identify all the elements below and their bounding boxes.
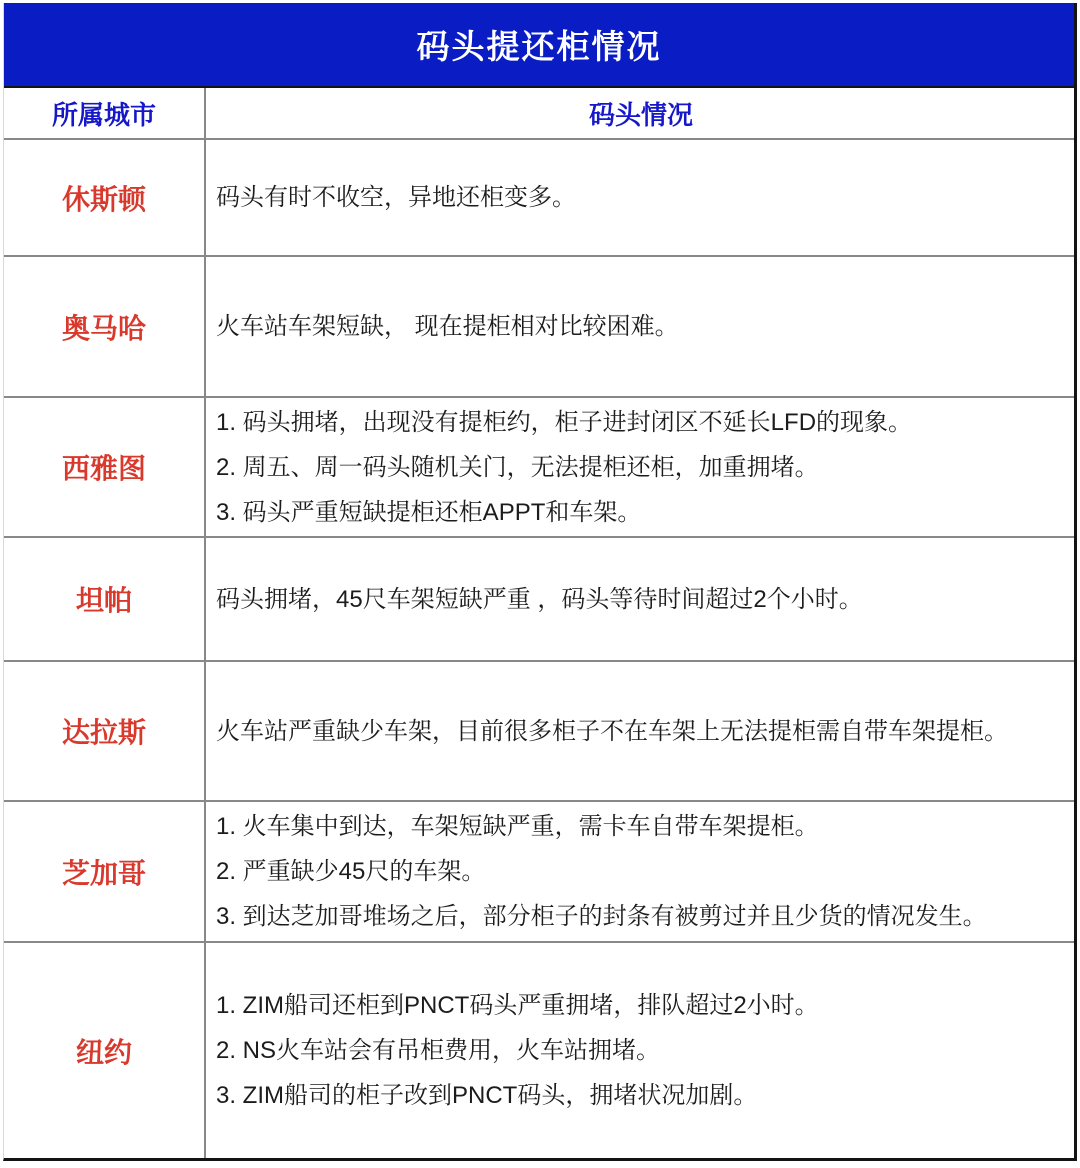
info-cell: 码头有时不收空，异地还柜变多。 (206, 140, 1074, 255)
city-cell: 达拉斯 (4, 662, 206, 800)
terminal-status-table: 码头提还柜情况 所属城市 码头情况 休斯顿 码头有时不收空，异地还柜变多。 奥马… (3, 3, 1077, 1161)
header-label-info: 码头情况 (589, 95, 693, 132)
info-line: 3. ZIM船司的柜子改到PNCT码头，拥堵状况加剧。 (216, 1073, 757, 1118)
city-name: 芝加哥 (62, 852, 146, 892)
info-cell: 1. 火车集中到达，车架短缺严重，需卡车自带车架提柜。2. 严重缺少45尺的车架… (206, 802, 1074, 941)
header-label-city: 所属城市 (52, 95, 156, 132)
info-line: 3. 码头严重短缺提柜还柜APPT和车架。 (216, 490, 641, 535)
info-line: 码头有时不收空，异地还柜变多。 (216, 175, 576, 220)
city-name: 纽约 (76, 1031, 132, 1071)
table-title-banner: 码头提还柜情况 (4, 3, 1074, 88)
city-cell: 西雅图 (4, 398, 206, 536)
info-line: 1. 码头拥堵，出现没有提柜约，柜子进封闭区不延长LFD的现象。 (216, 400, 912, 445)
table-row: 西雅图 1. 码头拥堵，出现没有提柜约，柜子进封闭区不延长LFD的现象。2. 周… (4, 398, 1074, 538)
city-cell: 纽约 (4, 943, 206, 1158)
city-cell: 坦帕 (4, 538, 206, 660)
info-cell: 火车站车架短缺， 现在提柜相对比较困难。 (206, 257, 1074, 396)
table-body: 休斯顿 码头有时不收空，异地还柜变多。 奥马哈 火车站车架短缺， 现在提柜相对比… (4, 140, 1074, 1158)
table-row: 奥马哈 火车站车架短缺， 现在提柜相对比较困难。 (4, 257, 1074, 398)
info-cell: 火车站严重缺少车架，目前很多柜子不在车架上无法提柜需自带车架提柜。 (206, 662, 1074, 800)
city-cell: 休斯顿 (4, 140, 206, 255)
info-line: 2. 周五、周一码头随机关门，无法提柜还柜，加重拥堵。 (216, 445, 819, 490)
info-line: 1. ZIM船司还柜到PNCT码头严重拥堵，排队超过2小时。 (216, 983, 819, 1028)
table-row: 休斯顿 码头有时不收空，异地还柜变多。 (4, 140, 1074, 257)
city-name: 达拉斯 (62, 711, 146, 751)
page: 码头提还柜情况 所属城市 码头情况 休斯顿 码头有时不收空，异地还柜变多。 奥马… (0, 0, 1080, 1168)
info-line: 2. NS火车站会有吊柜费用，火车站拥堵。 (216, 1028, 660, 1073)
city-name: 休斯顿 (62, 178, 146, 218)
info-cell: 码头拥堵，45尺车架短缺严重 ，码头等待时间超过2个小时。 (206, 538, 1074, 660)
city-cell: 芝加哥 (4, 802, 206, 941)
info-cell: 1. 码头拥堵，出现没有提柜约，柜子进封闭区不延长LFD的现象。2. 周五、周一… (206, 398, 1074, 536)
info-line: 3. 到达芝加哥堆场之后，部分柜子的封条有被剪过并且少货的情况发生。 (216, 894, 987, 939)
info-line: 2. 严重缺少45尺的车架。 (216, 849, 485, 894)
city-name: 奥马哈 (62, 307, 146, 347)
city-cell: 奥马哈 (4, 257, 206, 396)
table-row: 纽约 1. ZIM船司还柜到PNCT码头严重拥堵，排队超过2小时。2. NS火车… (4, 943, 1074, 1158)
table-row: 芝加哥 1. 火车集中到达，车架短缺严重，需卡车自带车架提柜。2. 严重缺少45… (4, 802, 1074, 943)
table-row: 坦帕 码头拥堵，45尺车架短缺严重 ，码头等待时间超过2个小时。 (4, 538, 1074, 662)
table-header-row: 所属城市 码头情况 (4, 88, 1074, 140)
info-line: 1. 火车集中到达，车架短缺严重，需卡车自带车架提柜。 (216, 804, 819, 849)
info-line: 火车站严重缺少车架，目前很多柜子不在车架上无法提柜需自带车架提柜。 (216, 709, 1008, 754)
info-cell: 1. ZIM船司还柜到PNCT码头严重拥堵，排队超过2小时。2. NS火车站会有… (206, 943, 1074, 1158)
page-title: 码头提还柜情况 (417, 21, 662, 68)
table-row: 达拉斯 火车站严重缺少车架，目前很多柜子不在车架上无法提柜需自带车架提柜。 (4, 662, 1074, 802)
city-name: 坦帕 (76, 579, 132, 619)
info-line: 火车站车架短缺， 现在提柜相对比较困难。 (216, 304, 679, 349)
header-cell-city: 所属城市 (4, 88, 206, 138)
info-line: 码头拥堵，45尺车架短缺严重 ，码头等待时间超过2个小时。 (216, 577, 863, 622)
header-cell-info: 码头情况 (206, 88, 1074, 138)
city-name: 西雅图 (62, 447, 146, 487)
